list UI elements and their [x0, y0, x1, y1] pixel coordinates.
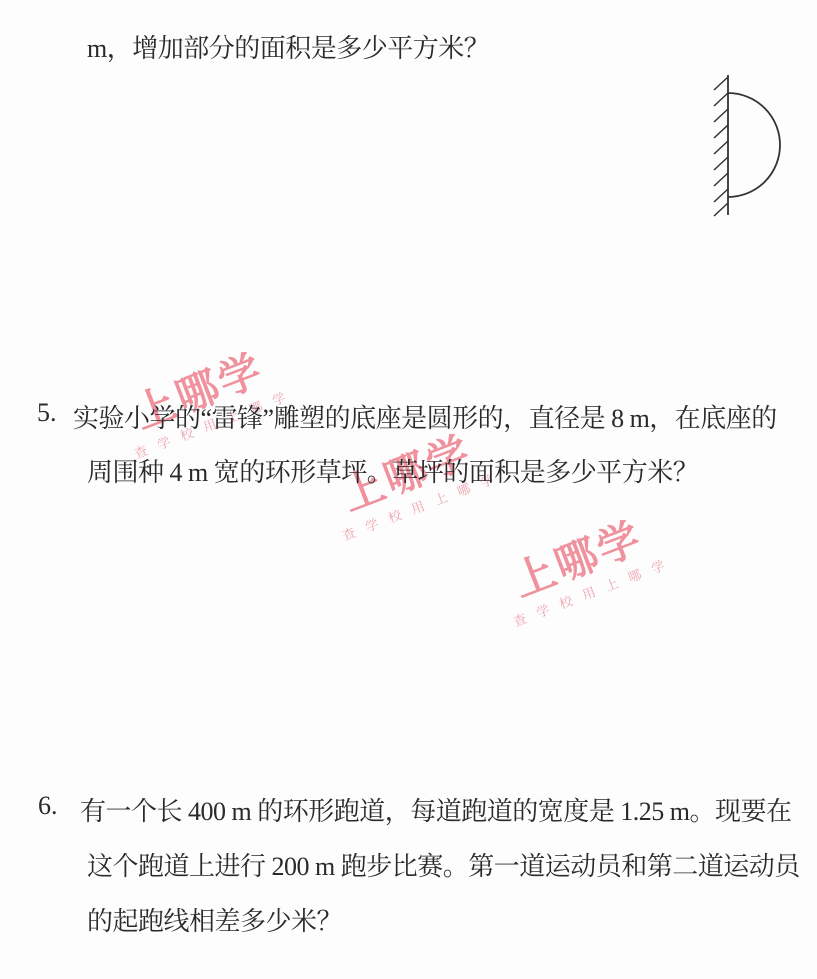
- watermark-stamp: 上哪学 查 学 校 用 上 哪 学: [486, 506, 678, 634]
- question-6-line-3: 的起跑线相差多少米？: [87, 901, 342, 938]
- hatch-marks: [714, 77, 728, 216]
- question-5-line-2: 周围种 4 m 宽的环形草坪。草坪的面积是多少平方米？: [87, 452, 698, 489]
- watermark-big-text: 上哪学: [486, 506, 671, 613]
- watermark-small-text: 查 学 校 用 上 哪 学: [504, 553, 678, 634]
- question-5-number: 5.: [37, 398, 57, 428]
- question-6-number: 6.: [38, 791, 58, 821]
- question-6-line-1: 有一个长 400 m 的环形跑道，每道跑道的宽度是 1.25 m。现要在: [80, 791, 791, 828]
- question-5-line-1: 实验小学的“雷锋”雕塑的底座是圆形的，直径是 8 m，在底座的: [73, 398, 777, 435]
- semicircle-arc: [728, 93, 780, 197]
- question-6-line-2: 这个跑道上进行 200 m 跑步比赛。第一道运动员和第二道运动员: [87, 846, 800, 883]
- semicircle-wall-diagram: [680, 62, 805, 224]
- question-4-continuation-line: m，增加部分的面积是多少平方米？: [87, 28, 489, 65]
